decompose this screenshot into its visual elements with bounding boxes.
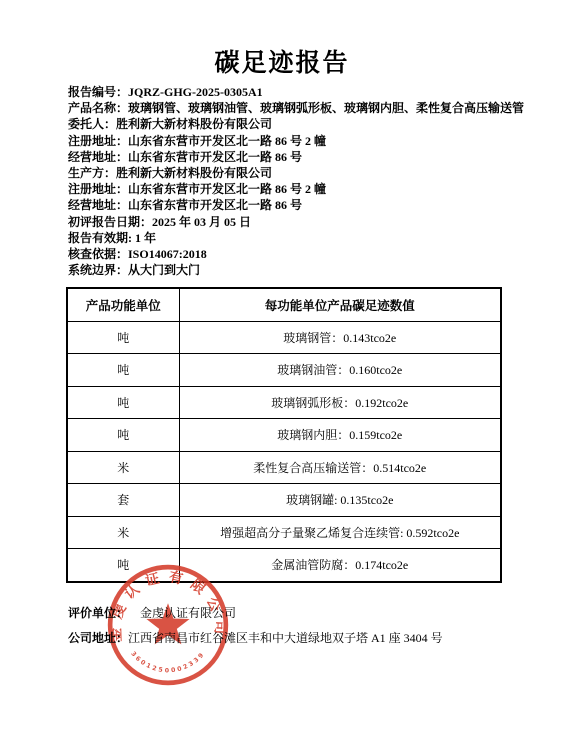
table-row: 米增强超高分子量聚乙烯复合连续管: 0.592tco2e (67, 516, 501, 549)
info-value: 胜利新大新材料股份有限公司 (116, 166, 272, 180)
info-line-initial-report-date: 初评报告日期：2025 年 03 月 05 日 (68, 214, 534, 230)
info-value: JQRZ-GHG-2025-0305A1 (128, 85, 263, 99)
table-row: 套玻璃钢罐: 0.135tco2e (67, 484, 501, 517)
info-label: 经营地址： (68, 150, 128, 164)
carbon-footprint-report-page: 碳足迹报告 报告编号：JQRZ-GHG-2025-0305A1 产品名称：玻璃钢… (0, 0, 564, 742)
info-label: 核查依据： (68, 247, 128, 261)
cell-value: 玻璃钢油管：0.160tco2e (179, 354, 501, 387)
table-row: 吨玻璃钢管：0.143tco2e (67, 321, 501, 354)
info-value: 山东省东营市开发区北一路 86 号 (128, 150, 302, 164)
info-line-verification-basis: 核查依据：ISO14067:2018 (68, 246, 534, 262)
cell-unit: 吨 (67, 321, 179, 354)
info-label: 注册地址： (68, 134, 128, 148)
report-info-block: 报告编号：JQRZ-GHG-2025-0305A1 产品名称：玻璃钢管、玻璃钢油… (68, 84, 534, 278)
info-value: 山东省东营市开发区北一路 86 号 2 幢 (128, 182, 326, 196)
info-value: 2025 年 03 月 05 日 (152, 215, 251, 229)
info-value: 1 年 (135, 231, 156, 245)
evaluator-label: 评价单位： (68, 606, 128, 620)
info-line-business-address-2: 经营地址：山东省东营市开发区北一路 86 号 (68, 197, 534, 213)
info-line-registered-address-2: 注册地址：山东省东营市开发区北一路 86 号 2 幢 (68, 181, 534, 197)
info-label: 报告有效期: (68, 231, 135, 245)
info-label: 报告编号： (68, 85, 128, 99)
cell-unit: 吨 (67, 419, 179, 452)
cell-unit: 套 (67, 484, 179, 517)
table-row: 吨玻璃钢内胆：0.159tco2e (67, 419, 501, 452)
table-row: 吨玻璃钢弧形板：0.192tco2e (67, 386, 501, 419)
table-row: 吨玻璃钢油管：0.160tco2e (67, 354, 501, 387)
cell-value: 玻璃钢管：0.143tco2e (179, 321, 501, 354)
table-row: 米柔性复合高压输送管：0.514tco2e (67, 451, 501, 484)
cell-value: 玻璃钢罐: 0.135tco2e (179, 484, 501, 517)
company-address-value: 江西省南昌市红谷滩区丰和中大道绿地双子塔 A1 座 3404 号 (128, 631, 443, 645)
table-header-row: 产品功能单位 每功能单位产品碳足迹数值 (67, 288, 501, 321)
evaluator-value: 金虔认证有限公司 (140, 606, 236, 620)
info-line-report-number: 报告编号：JQRZ-GHG-2025-0305A1 (68, 84, 534, 100)
seal-serial-text: 3601250002339 (129, 650, 206, 674)
company-seal-icon: 金虔认证有限公司 3601250002339 (106, 563, 230, 687)
cell-value: 玻璃钢内胆：0.159tco2e (179, 419, 501, 452)
info-label: 系统边界： (68, 263, 128, 277)
evaluator-line: 评价单位：金虔认证有限公司 (68, 605, 236, 621)
info-line-registered-address: 注册地址：山东省东营市开发区北一路 86 号 2 幢 (68, 133, 534, 149)
info-line-product-name: 产品名称：玻璃钢管、玻璃钢油管、玻璃钢弧形板、玻璃钢内胆、柔性复合高压输送管 (68, 100, 534, 116)
info-value: 胜利新大新材料股份有限公司 (116, 117, 272, 131)
info-label: 注册地址： (68, 182, 128, 196)
cell-value: 玻璃钢弧形板：0.192tco2e (179, 386, 501, 419)
info-label: 初评报告日期： (68, 215, 152, 229)
company-address-label: 公司地址： (68, 631, 128, 645)
carbon-footprint-table: 产品功能单位 每功能单位产品碳足迹数值 吨玻璃钢管：0.143tco2e 吨玻璃… (66, 287, 502, 583)
info-line-producer: 生产方：胜利新大新材料股份有限公司 (68, 165, 534, 181)
info-line-client: 委托人：胜利新大新材料股份有限公司 (68, 116, 534, 132)
cell-unit: 吨 (67, 386, 179, 419)
info-label: 生产方： (68, 166, 116, 180)
info-value: 从大门到大门 (128, 263, 200, 277)
cell-unit: 吨 (67, 354, 179, 387)
info-label: 产品名称： (68, 101, 128, 115)
info-line-business-address: 经营地址：山东省东营市开发区北一路 86 号 (68, 149, 534, 165)
info-value: 山东省东营市开发区北一路 86 号 2 幢 (128, 134, 326, 148)
info-line-validity-period: 报告有效期: 1 年 (68, 230, 534, 246)
company-address-line: 公司地址：江西省南昌市红谷滩区丰和中大道绿地双子塔 A1 座 3404 号 (68, 630, 443, 646)
header-unit: 产品功能单位 (67, 288, 179, 321)
cell-unit: 米 (67, 451, 179, 484)
info-value: 玻璃钢管、玻璃钢油管、玻璃钢弧形板、玻璃钢内胆、柔性复合高压输送管 (128, 101, 524, 115)
info-line-system-boundary: 系统边界：从大门到大门 (68, 262, 534, 278)
info-value: ISO14067:2018 (128, 247, 207, 261)
info-value: 山东省东营市开发区北一路 86 号 (128, 198, 302, 212)
info-label: 委托人： (68, 117, 116, 131)
cell-value: 增强超高分子量聚乙烯复合连续管: 0.592tco2e (179, 516, 501, 549)
info-label: 经营地址： (68, 198, 128, 212)
page-title: 碳足迹报告 (0, 48, 564, 80)
cell-unit: 米 (67, 516, 179, 549)
header-value: 每功能单位产品碳足迹数值 (179, 288, 501, 321)
cell-value: 柔性复合高压输送管：0.514tco2e (179, 451, 501, 484)
